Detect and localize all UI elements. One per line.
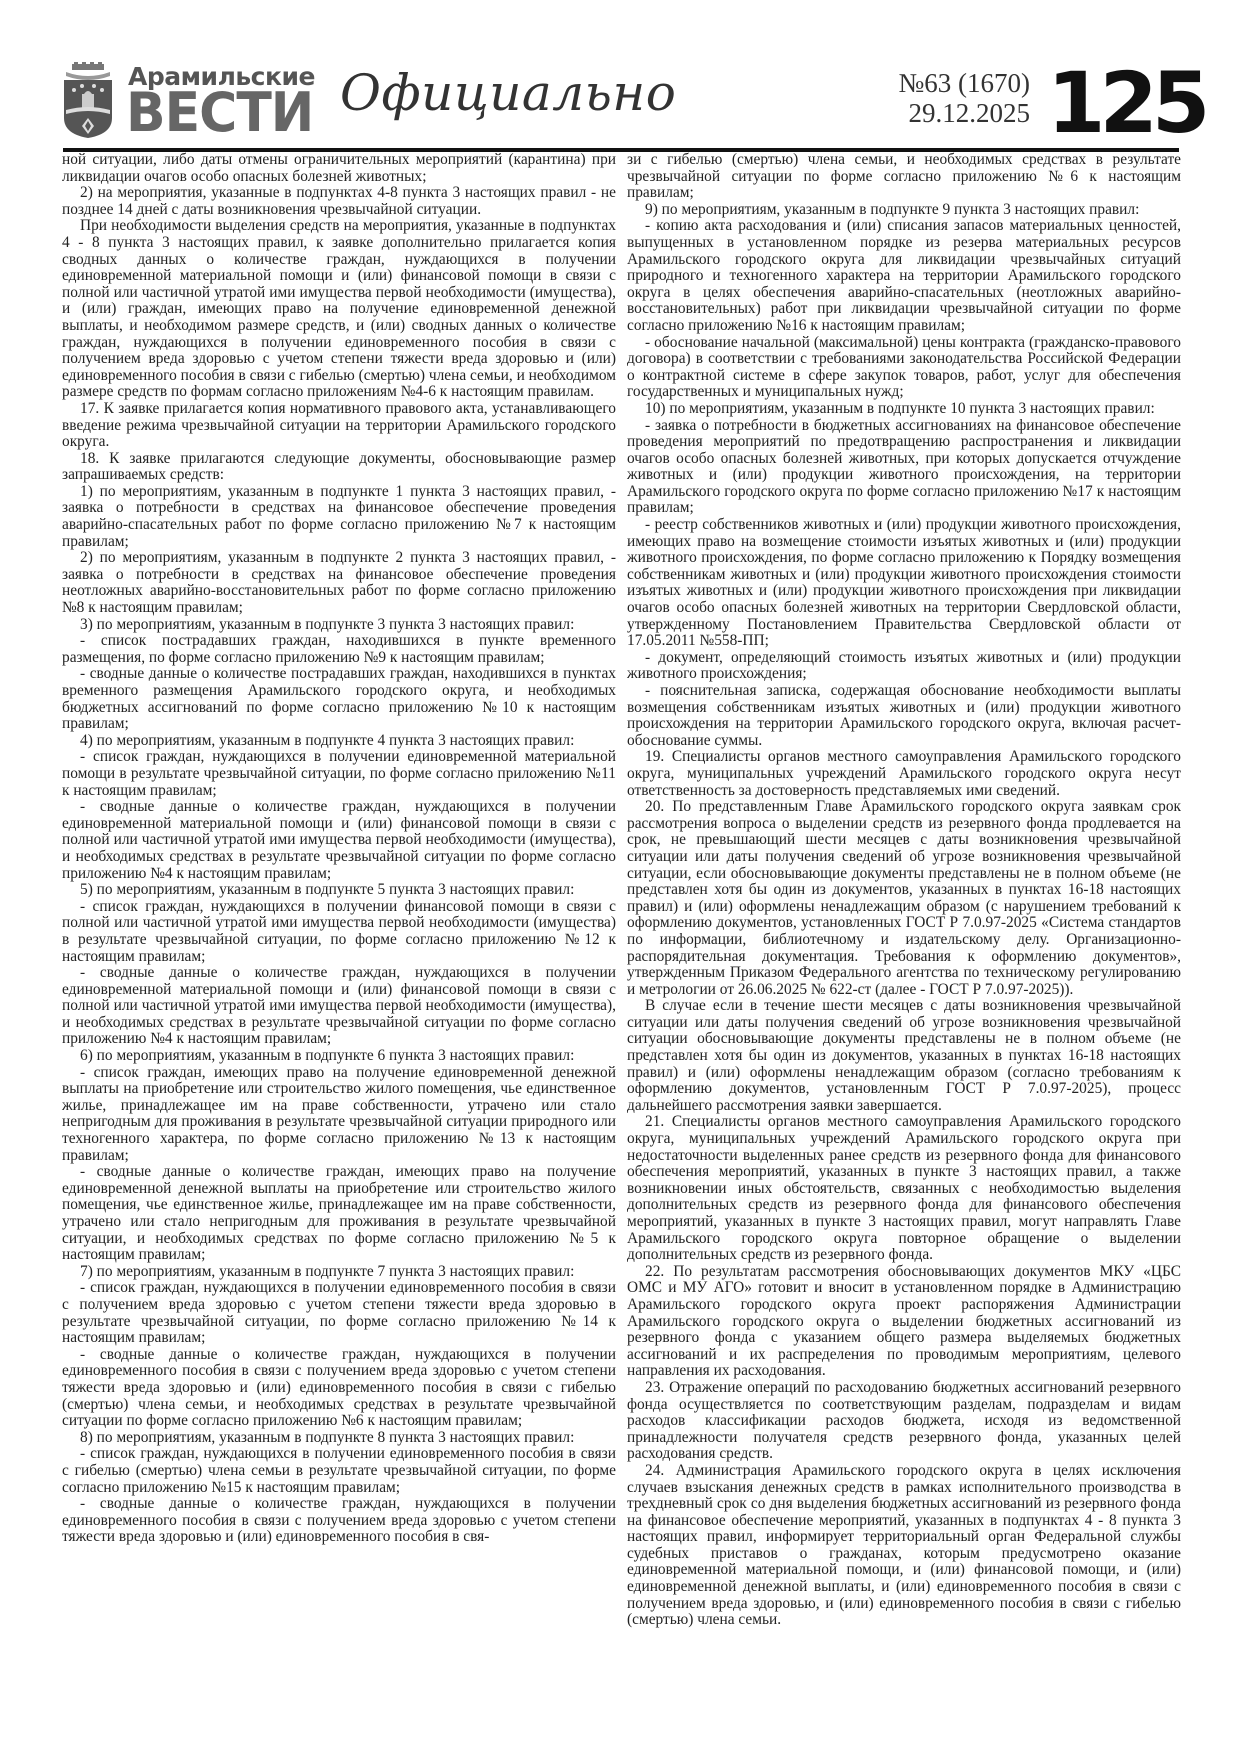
paragraph: 17. К заявке прилагается копия нормативн… <box>62 401 616 451</box>
paragraph: - список граждан, нуждающихся в получени… <box>62 899 616 965</box>
paragraph: - сводные данные о количестве граждан, н… <box>62 1347 616 1430</box>
paragraph: 2) на мероприятия, указанные в подпункта… <box>62 185 616 218</box>
paragraph: 18. К заявке прилагаются следующие докум… <box>62 451 616 484</box>
masthead: Арамильские ВЕСТИ Официально №63 (1670) … <box>62 60 1182 146</box>
paragraph: - список граждан, нуждающихся в получени… <box>62 1446 616 1496</box>
paragraph: - обоснование начальной (максимальной) ц… <box>627 335 1181 401</box>
paragraph: - сводные данные о количестве граждан, н… <box>62 1496 616 1546</box>
paragraph: ной ситуации, либо даты отмены ограничит… <box>62 152 616 185</box>
newspaper-page: Арамильские ВЕСТИ Официально №63 (1670) … <box>0 0 1241 1754</box>
paragraph: 19. Специалисты органов местного самоупр… <box>627 749 1181 799</box>
paragraph: - список граждан, имеющих право на получ… <box>62 1065 616 1165</box>
page-number: 125 <box>1047 54 1204 152</box>
paragraph: - сводные данные о количестве пострадавш… <box>62 666 616 732</box>
paragraph: - копию акта расходования и (или) списан… <box>627 218 1181 334</box>
paragraph: - заявка о потребности в бюджетных ассиг… <box>627 418 1181 518</box>
paragraph: 2) по мероприятиям, указанным в подпункт… <box>62 550 616 616</box>
paragraph: 22. По результатам рассмотрения обосновы… <box>627 1264 1181 1380</box>
paragraph: - пояснительная записка, содержащая обос… <box>627 683 1181 749</box>
paragraph: 9) по мероприятиям, указанным в подпункт… <box>627 202 1181 219</box>
paragraph: - сводные данные о количестве граждан, н… <box>62 799 616 882</box>
paragraph: 4) по мероприятиям, указанным в подпункт… <box>62 733 616 750</box>
paragraph: 10) по мероприятиям, указанным в подпунк… <box>627 401 1181 418</box>
paragraph: 20. По представленным Главе Арамильского… <box>627 799 1181 998</box>
paragraph: - список пострадавших граждан, находивши… <box>62 633 616 666</box>
left-column: ной ситуации, либо даты отмены ограничит… <box>62 152 616 1546</box>
issue-number: №63 (1670) <box>870 68 1030 98</box>
paragraph: - реестр собственников животных и (или) … <box>627 517 1181 650</box>
paragraph: При необходимости выделения средств на м… <box>62 218 616 401</box>
paragraph: 6) по мероприятиям, указанным в подпункт… <box>62 1048 616 1065</box>
logo-title-bottom: ВЕСТИ <box>126 84 313 143</box>
coat-of-arms-icon <box>62 62 114 138</box>
paragraph: зи с гибелью (смертью) члена семьи, и не… <box>627 152 1181 202</box>
paragraph: 8) по мероприятиям, указанным в подпункт… <box>62 1430 616 1447</box>
paragraph: 7) по мероприятиям, указанным в подпункт… <box>62 1264 616 1281</box>
paragraph: 3) по мероприятиям, указанным в подпункт… <box>62 617 616 634</box>
paragraph: 5) по мероприятиям, указанным в подпункт… <box>62 882 616 899</box>
paragraph: - список граждан, нуждающихся в получени… <box>62 749 616 799</box>
issue-info: №63 (1670) 29.12.2025 <box>870 68 1030 128</box>
paragraph: 24. Администрация Арамильского городског… <box>627 1463 1181 1629</box>
paragraph: - список граждан, нуждающихся в получени… <box>62 1280 616 1346</box>
paragraph: В случае если в течение шести месяцев с … <box>627 998 1181 1114</box>
issue-date: 29.12.2025 <box>870 98 1030 128</box>
paragraph: 21. Специалисты органов местного самоупр… <box>627 1114 1181 1263</box>
paragraph: 23. Отражение операций по расходованию б… <box>627 1380 1181 1463</box>
right-column: зи с гибелью (смертью) члена семьи, и не… <box>627 152 1181 1629</box>
paragraph: - сводные данные о количестве граждан, и… <box>62 1164 616 1264</box>
paragraph: - сводные данные о количестве граждан, н… <box>62 965 616 1048</box>
paragraph: 1) по мероприятиям, указанным в подпункт… <box>62 484 616 550</box>
section-title: Официально <box>340 64 676 122</box>
paragraph: - документ, определяющий стоимость изъят… <box>627 650 1181 683</box>
